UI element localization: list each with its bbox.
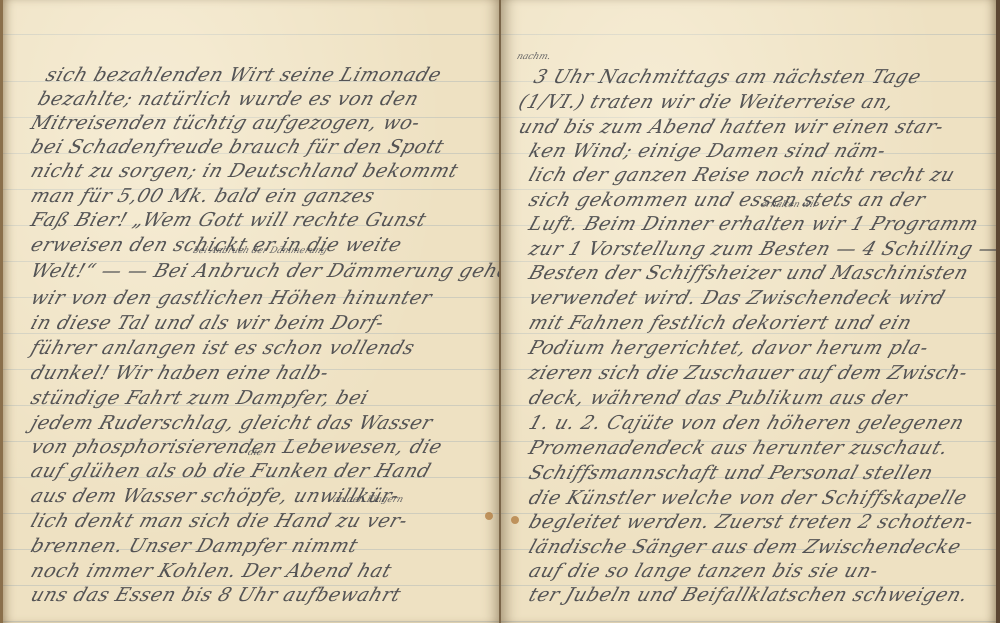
left-line-3: Mitreisenden tüchtig aufgezogen, wo- <box>28 112 423 134</box>
left-line-14: stündige Fahrt zum Dampfer, bei <box>28 387 371 409</box>
right-line-10: verwendet wird. Das Zwischendeck wird <box>526 287 948 309</box>
right-line-13: zieren sich die Zuschauer auf dem Zwisch… <box>526 362 971 384</box>
right-line-4: ken Wind; einige Damen sind näm- <box>526 140 889 162</box>
right-line-22: ter Jubeln und Beifallklatschen schweige… <box>526 584 971 606</box>
left-line-15: jedem Ruderschlag, gleicht das Wasser <box>28 412 436 434</box>
right-line-3: und bis zum Abend hatten wir einen star- <box>516 116 947 138</box>
stain-mark <box>485 512 493 520</box>
left-line-16: von phosphorisierenden Lebewesen, die <box>28 436 445 458</box>
left-line-6: man für 5,00 Mk. bald ein ganzes <box>28 185 378 207</box>
left-line-21: noch immer Kohlen. Der Abend hat <box>28 560 395 582</box>
right-page-text: nachm. 3 Uhr Nachmittags am nächsten Tag… <box>501 0 996 623</box>
right-line-18: die Künstler welche von der Schiffskapel… <box>526 487 970 509</box>
left-line-4: bei Schadenfreude brauch für den Spott <box>28 136 447 158</box>
left-line-5: nicht zu sorgen; in Deutschland bekommt <box>28 160 461 182</box>
left-line-1: sich bezahlenden Wirt seine Limonade <box>43 64 444 86</box>
right-interlinear-note-1: erhalten wir <box>759 200 818 210</box>
right-line-1: 3 Uhr Nachmittags am nächsten Tage <box>531 66 924 88</box>
left-line-11: in diese Tal und als wir beim Dorf- <box>28 312 387 334</box>
right-line-16: Promenadendeck aus herunter zuschaut. <box>526 437 951 459</box>
right-line-11: mit Fahnen festlich dekoriert und ein <box>526 312 915 334</box>
notebook-spread: sich bezahlenden Wirt seine Limonade bez… <box>0 0 1000 623</box>
right-line-6: sich gekommen und essen stets an der <box>526 189 929 211</box>
left-line-13: dunkel! Wir haben eine halb- <box>28 362 332 384</box>
left-page-text: sich bezahlenden Wirt seine Limonade bez… <box>3 0 499 623</box>
left-interlinear-note-3: an den Fingern <box>331 495 404 505</box>
left-line-22: uns das Essen bis 8 Uhr aufbewahrt <box>28 584 404 606</box>
left-line-20: brennen. Unser Dampfer nimmt <box>28 535 361 557</box>
right-line-2: (1/VI.) traten wir die Weiterreise an, <box>516 91 897 113</box>
left-page: sich bezahlenden Wirt seine Limonade bez… <box>0 0 499 623</box>
left-line-2: bezahlte; natürlich wurde es von den <box>35 88 422 110</box>
right-line-9: Besten der Schiffsheizer und Maschiniste… <box>526 262 971 284</box>
right-line-19: begleitet werden. Zuerst treten 2 schott… <box>526 511 976 533</box>
right-line-14: deck, während das Publikum aus der <box>526 387 910 409</box>
right-line-20: ländische Sänger aus dem Zwischendecke <box>526 536 964 558</box>
left-line-9: Welt!“ — — Bei Anbruch der Dämmerung geh… <box>28 260 499 282</box>
right-top-note: nachm. <box>515 52 552 62</box>
left-interlinear-note-1: bei Anbruch der Dämmerung <box>191 246 328 256</box>
right-line-12: Podium hergerichtet, davor herum pla- <box>526 337 932 359</box>
right-line-21: auf die so lange tanzen bis sie un- <box>526 560 881 582</box>
right-line-15: 1. u. 2. Cajüte von den höheren gelegene… <box>526 412 967 434</box>
right-line-7: Luft. Beim Dinner erhalten wir 1 Program… <box>526 213 981 235</box>
stain-mark <box>511 516 519 524</box>
right-line-5: lich der ganzen Reise noch nicht recht z… <box>526 164 958 186</box>
left-line-10: wir von den gastlichen Höhen hinunter <box>28 287 435 309</box>
left-line-19: lich denkt man sich die Hand zu ver- <box>28 510 411 532</box>
right-line-17: Schiffsmannschaft und Personal stellen <box>526 462 936 484</box>
left-line-7: Faß Bier! „Wem Gott will rechte Gunst <box>28 209 429 231</box>
right-line-8: zur 1 Vorstellung zum Besten — 4 Schilli… <box>526 238 1000 260</box>
left-line-17: auf glühen als ob die Funken der Hand <box>28 460 434 482</box>
left-line-12: führer anlangen ist es schon vollends <box>28 337 418 359</box>
right-page: nachm. 3 Uhr Nachmittags am nächsten Tag… <box>501 0 1000 623</box>
